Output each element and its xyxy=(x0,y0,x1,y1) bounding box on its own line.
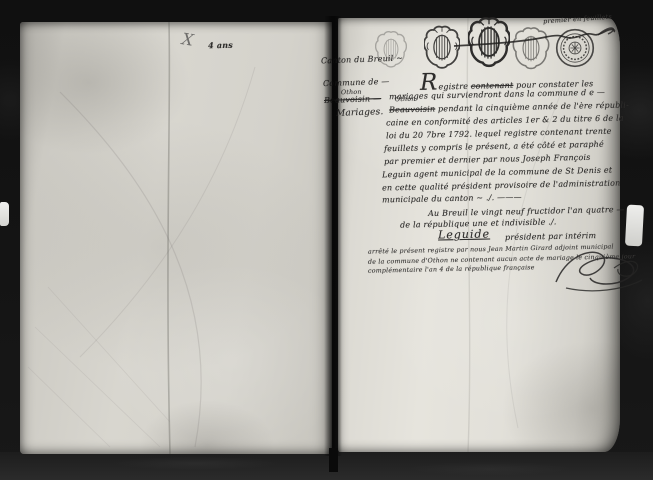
official-signature: Leguide xyxy=(438,227,490,241)
ink-note: 4 ans xyxy=(208,40,233,51)
archival-scan: X 4 ans xyxy=(0,0,653,480)
margin-register-type: Mariages. xyxy=(336,107,384,119)
left-page-creases xyxy=(20,22,332,454)
fiscal-stamp-icon xyxy=(375,30,407,74)
signature-flourish xyxy=(548,240,648,298)
book-spine-notch xyxy=(329,448,338,472)
pencil-x-mark: X xyxy=(181,29,195,50)
page-edge-tab-left xyxy=(0,202,9,226)
page-edge-tab-right xyxy=(625,205,644,247)
table-background xyxy=(0,452,653,480)
book-spine xyxy=(324,16,342,456)
overstamp-flourish xyxy=(450,14,620,52)
line3-struck-word: Beauvoisin xyxy=(389,105,435,115)
left-page: X 4 ans xyxy=(20,22,332,454)
line3-correction: Othon xyxy=(395,96,416,103)
